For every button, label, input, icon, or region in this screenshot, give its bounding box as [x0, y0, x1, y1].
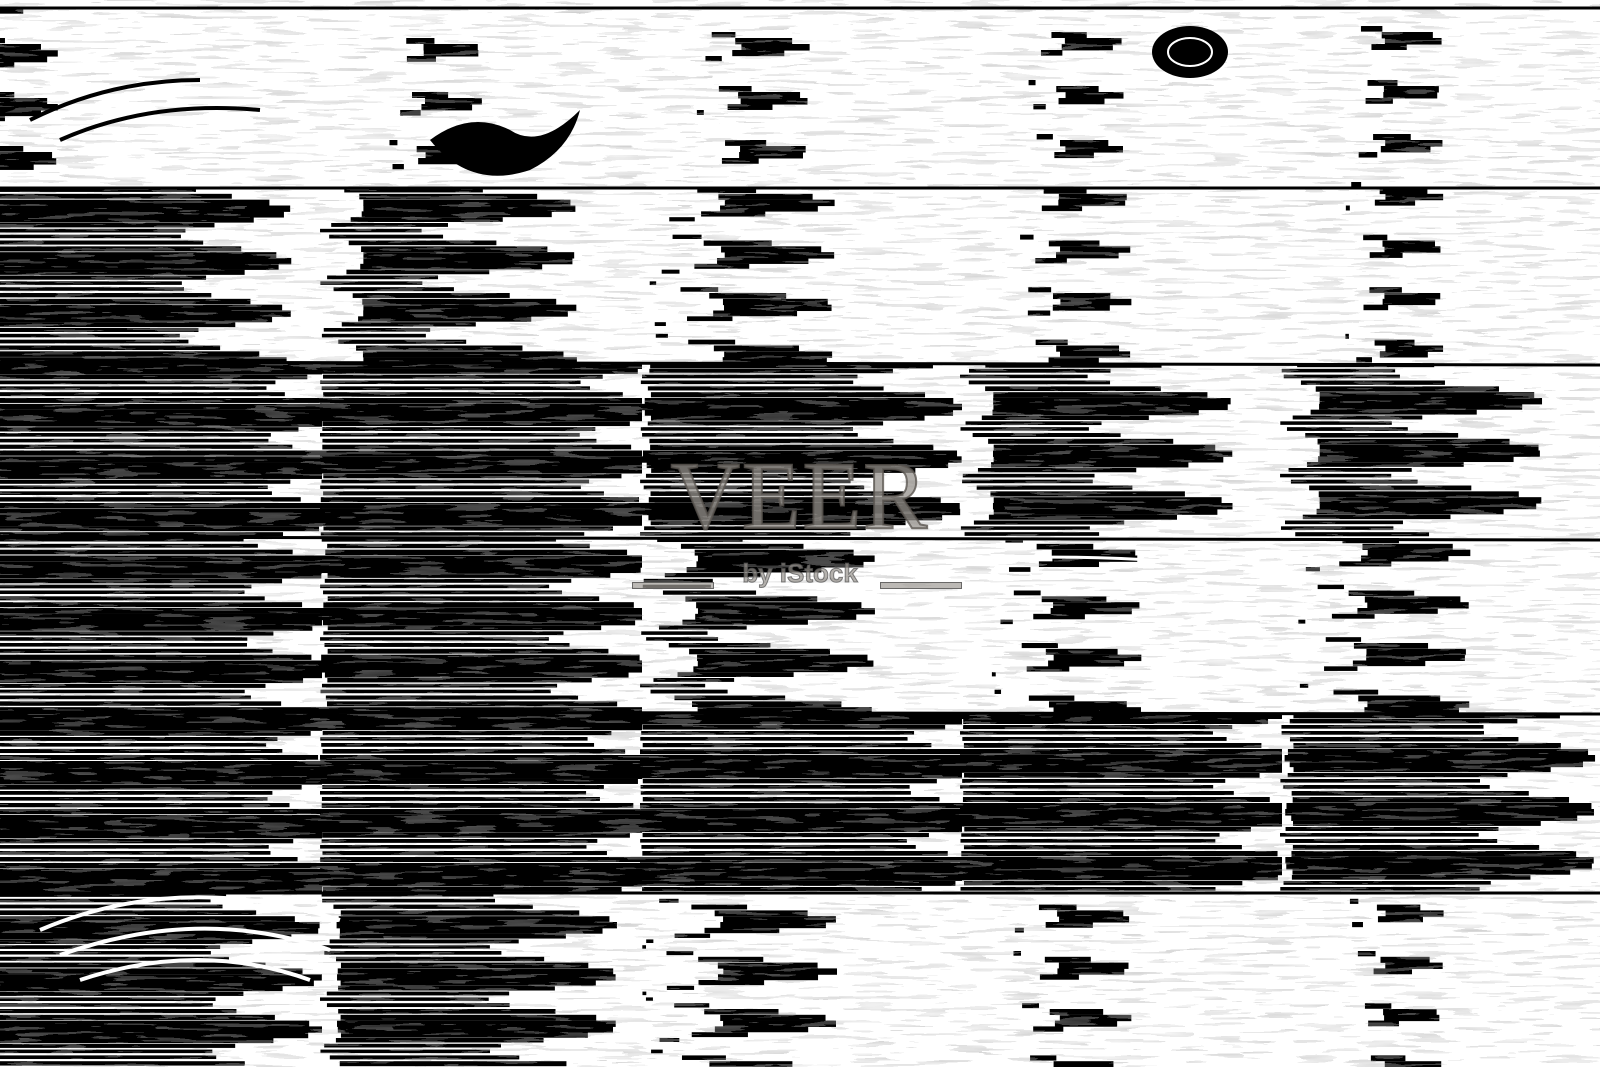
wood-plank-texture	[0, 0, 1600, 1067]
watermark-rule-right	[880, 582, 962, 589]
watermark-rule-left	[632, 582, 714, 589]
